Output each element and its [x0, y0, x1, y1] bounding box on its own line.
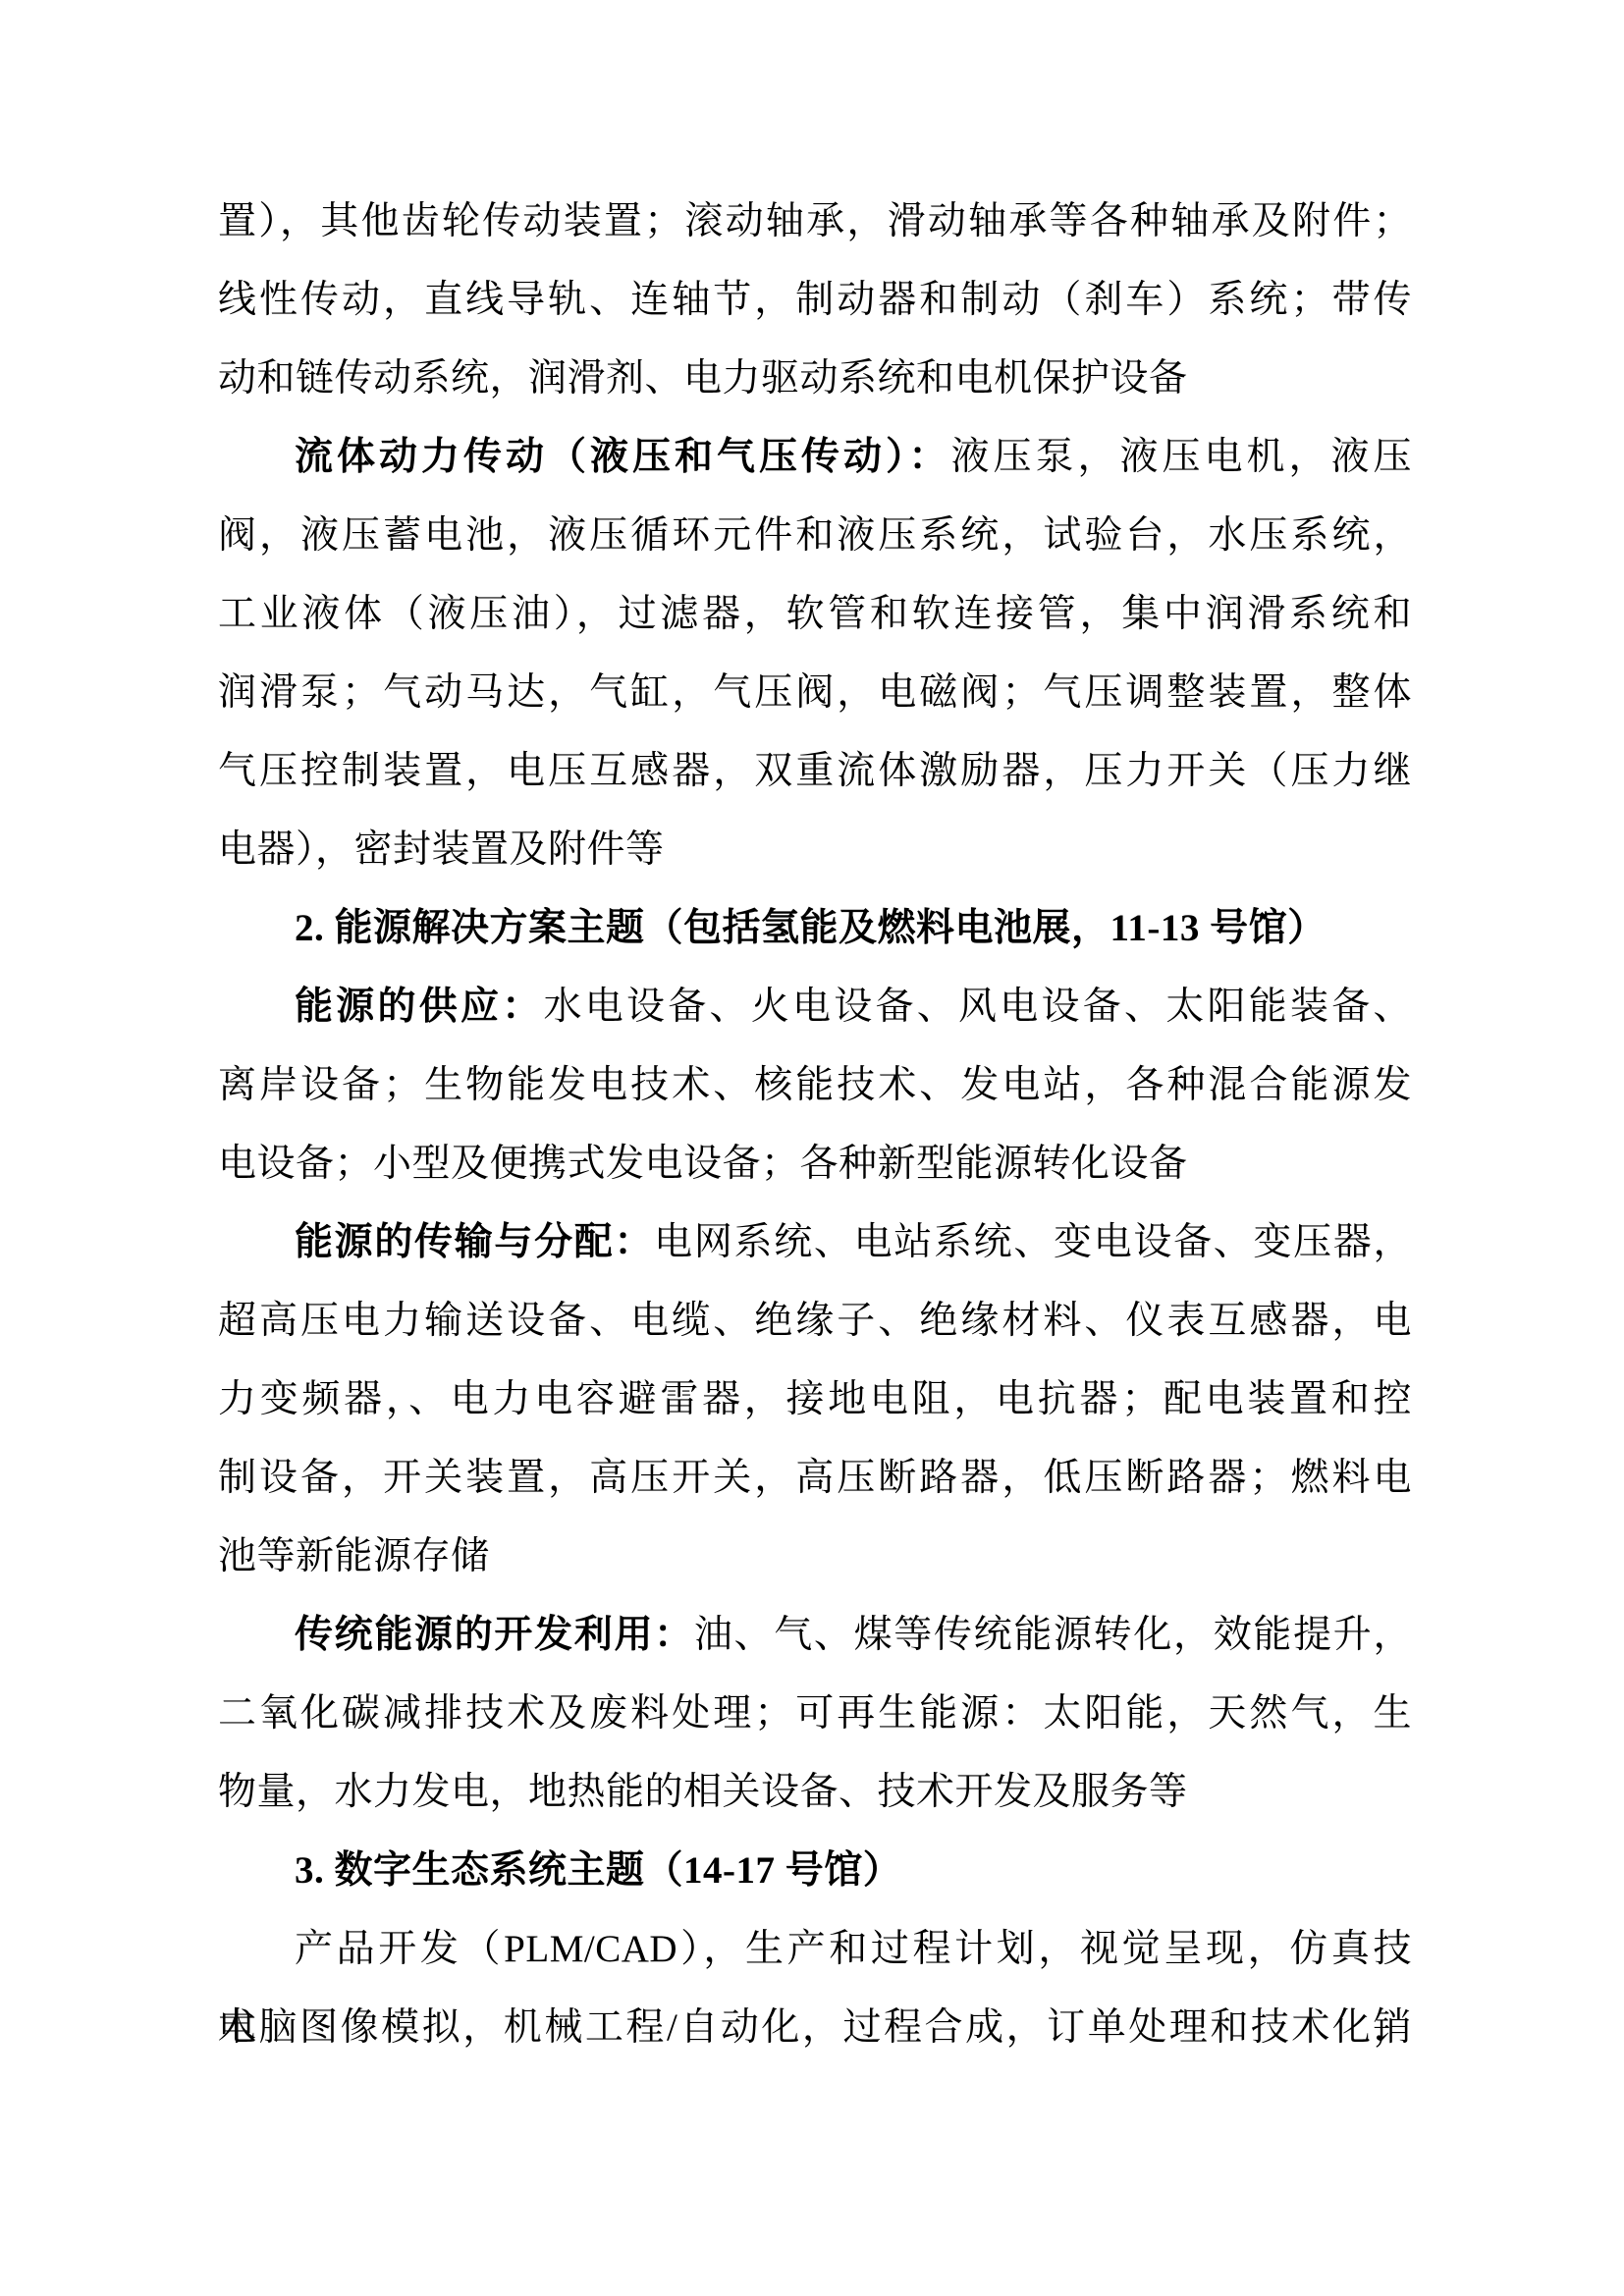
text-line: 力变频器，、电力电容避雷器，接地电阻，电抗器；配电装置和控 [218, 1361, 1412, 1439]
text-segment: 池等新能源存储 [218, 1535, 490, 1577]
text-line: 物量，水力发电，地热能的相关设备、技术开发及服务等 [218, 1753, 1412, 1832]
text-line: 置），其他齿轮传动装置；滚动轴承，滑动轴承等各种轴承及附件； [218, 183, 1412, 261]
text-line: 工业液体（液压油），过滤器，软管和软连接管，集中润滑系统和 [218, 575, 1412, 654]
text-segment: 动和链传动系统，润滑剂、电力驱动系统和电机保护设备 [218, 357, 1188, 400]
bold-text-segment: 能源的传输与分配： [295, 1221, 654, 1263]
document-page: 置），其他齿轮传动装置；滚动轴承，滑动轴承等各种轴承及附件；线性传动，直线导轨、… [0, 0, 1624, 2296]
text-line: 池等新能源存储 [218, 1518, 1412, 1596]
bold-text-segment: 传统能源的开发利用： [295, 1614, 694, 1656]
text-line: 能源的供应：水电设备、火电设备、风电设备、太阳能装备、 [218, 968, 1412, 1046]
text-segment: 润滑泵；气动马达，气缸，气压阀，电磁阀；气压调整装置，整体 [218, 671, 1412, 714]
text-line: 电器），密封装置及附件等 [218, 811, 1412, 889]
text-segment: 电器），密封装置及附件等 [218, 828, 665, 871]
text-line: 动和链传动系统，润滑剂、电力驱动系统和电机保护设备 [218, 340, 1412, 418]
text-segment: 二氧化碳减排技术及废料处理；可再生能源：太阳能，天然气，生 [218, 1692, 1412, 1735]
bold-text-segment: 2. 能源解决方案主题（包括氢能及燃料电池展，11-13 号馆） [295, 907, 1326, 949]
text-line: 电脑图像模拟，机械工程/自动化，过程合成，订单处理和技术化销 [218, 1989, 1412, 2067]
text-line: 线性传动，直线导轨、连轴节，制动器和制动（刹车）系统；带传 [218, 261, 1412, 340]
text-line: 流体动力传动（液压和气压传动）：液压泵，液压电机，液压 [218, 418, 1412, 497]
text-line: 二氧化碳减排技术及废料处理；可再生能源：太阳能，天然气，生 [218, 1675, 1412, 1753]
text-segment: 超高压电力输送设备、电缆、绝缘子、绝缘材料、仪表互感器，电 [218, 1300, 1412, 1342]
text-segment: 电网系统、电站系统、变电设备、变压器， [654, 1221, 1412, 1263]
text-line: 制设备，开关装置，高压开关，高压断路器，低压断路器；燃料电 [218, 1439, 1412, 1518]
text-segment: 电脑图像模拟，机械工程/自动化，过程合成，订单处理和技术化销 [218, 2006, 1412, 2049]
text-line: 阀，液压蓄电池，液压循环元件和液压系统，试验台，水压系统， [218, 497, 1412, 575]
bold-text-segment: 能源的供应： [295, 986, 544, 1028]
bold-text-segment: 流体动力传动（液压和气压传动）： [295, 436, 950, 478]
text-segment: 电设备；小型及便携式发电设备；各种新型能源转化设备 [218, 1143, 1188, 1185]
text-segment: 力变频器，、电力电容避雷器，接地电阻，电抗器；配电装置和控 [218, 1378, 1412, 1420]
text-segment: 油、气、煤等传统能源转化，效能提升， [694, 1614, 1412, 1656]
text-segment: 离岸设备；生物能发电技术、核能技术、发电站，各种混合能源发 [218, 1064, 1412, 1106]
text-line: 3. 数字生态系统主题（14-17 号馆） [218, 1832, 1412, 1910]
text-segment: 置），其他齿轮传动装置；滚动轴承，滑动轴承等各种轴承及附件； [218, 200, 1412, 242]
text-line: 离岸设备；生物能发电技术、核能技术、发电站，各种混合能源发 [218, 1046, 1412, 1125]
text-line: 润滑泵；气动马达，气缸，气压阀，电磁阀；气压调整装置，整体 [218, 654, 1412, 732]
text-segment: 阀，液压蓄电池，液压循环元件和液压系统，试验台，水压系统， [218, 514, 1412, 557]
text-line: 能源的传输与分配：电网系统、电站系统、变电设备、变压器， [218, 1203, 1412, 1282]
text-segment: 液压泵，液压电机，液压 [950, 436, 1412, 478]
text-segment: 线性传动，直线导轨、连轴节，制动器和制动（刹车）系统；带传 [218, 279, 1412, 321]
bold-text-segment: 3. 数字生态系统主题（14-17 号馆） [295, 1849, 901, 1892]
text-line: 电设备；小型及便携式发电设备；各种新型能源转化设备 [218, 1125, 1412, 1203]
text-segment: 工业液体（液压油），过滤器，软管和软连接管，集中润滑系统和 [218, 593, 1412, 635]
text-line: 2. 能源解决方案主题（包括氢能及燃料电池展，11-13 号馆） [218, 889, 1412, 968]
text-area: 置），其他齿轮传动装置；滚动轴承，滑动轴承等各种轴承及附件；线性传动，直线导轨、… [218, 183, 1412, 2067]
text-line: 超高压电力输送设备、电缆、绝缘子、绝缘材料、仪表互感器，电 [218, 1282, 1412, 1361]
text-line: 气压控制装置，电压互感器，双重流体激励器，压力开关（压力继 [218, 732, 1412, 811]
text-segment: 气压控制装置，电压互感器，双重流体激励器，压力开关（压力继 [218, 750, 1412, 792]
text-segment: 水电设备、火电设备、风电设备、太阳能装备、 [544, 986, 1412, 1028]
text-segment: 制设备，开关装置，高压开关，高压断路器，低压断路器；燃料电 [218, 1457, 1412, 1499]
text-line: 产品开发（PLM/CAD），生产和过程计划，视觉呈现，仿真技术， [218, 1910, 1412, 1989]
text-segment: 物量，水力发电，地热能的相关设备、技术开发及服务等 [218, 1771, 1188, 1813]
text-line: 传统能源的开发利用：油、气、煤等传统能源转化，效能提升， [218, 1596, 1412, 1675]
